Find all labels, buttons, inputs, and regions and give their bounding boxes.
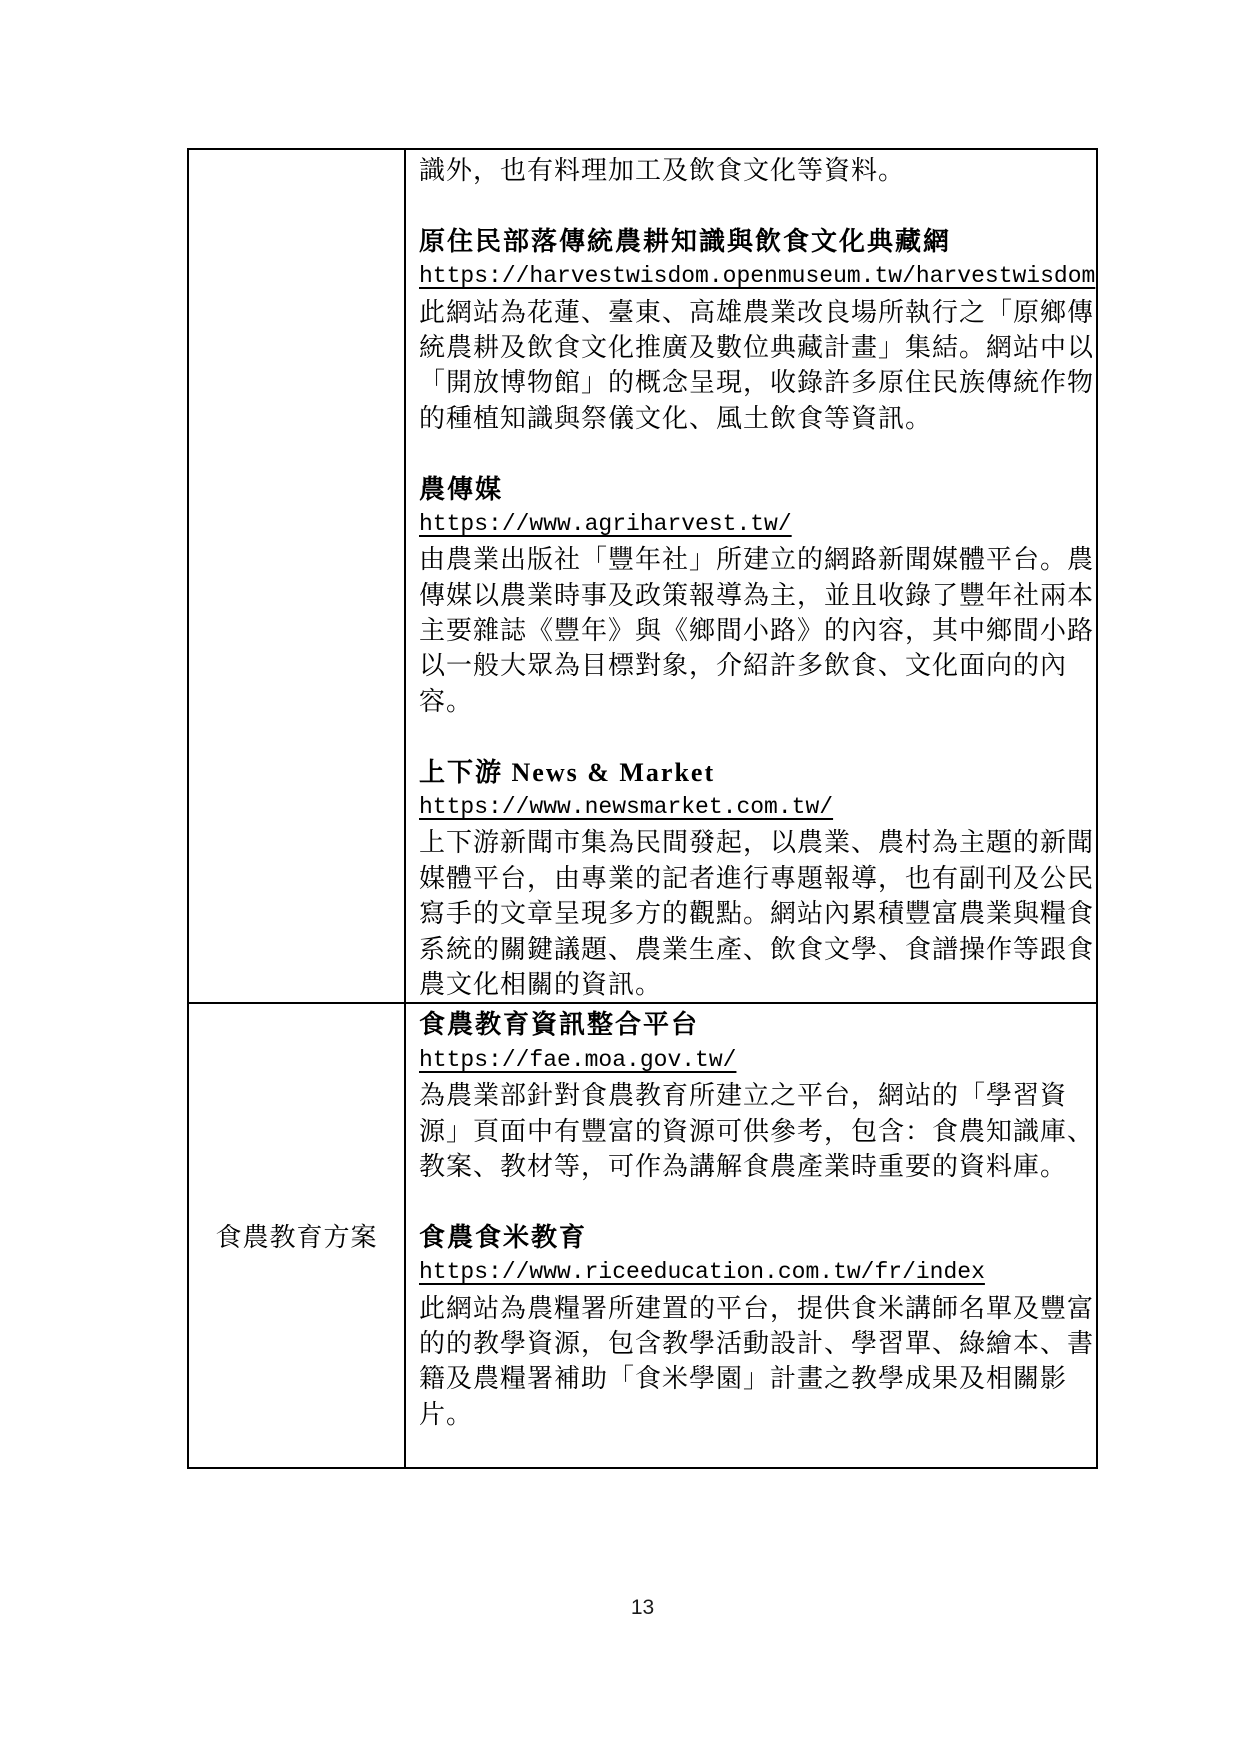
entry-url-link[interactable]: https://fae.moa.gov.tw/: [419, 1043, 1092, 1078]
resource-table: 識外，也有料理加工及飲食文化等資料。原住民部落傳統農耕知識與飲食文化典藏網htt…: [187, 148, 1098, 1469]
entry-heading: 食農食米教育: [419, 1220, 1092, 1255]
content-line: 識外，也有料理加工及飲食文化等資料。: [419, 153, 1092, 188]
content-line: 主要雜誌《豐年》與《鄉間小路》的內容，其中鄉間小路: [419, 613, 1092, 648]
blank-line: [419, 1432, 1092, 1467]
row-content-cell: 識外，也有料理加工及飲食文化等資料。原住民部落傳統農耕知識與飲食文化典藏網htt…: [406, 150, 1096, 1002]
content-line: 片。: [419, 1397, 1092, 1432]
document-page: 識外，也有料理加工及飲食文化等資料。原住民部落傳統農耕知識與飲食文化典藏網htt…: [0, 0, 1241, 1755]
content-line: 為農業部針對食農教育所建立之平台，網站的「學習資: [419, 1078, 1092, 1113]
blank-line: [419, 188, 1092, 223]
content-line: 籍及農糧署補助「食米學園」計畫之教學成果及相關影: [419, 1361, 1092, 1396]
content-line: 此網站為農糧署所建置的平台，提供食米講師名單及豐富: [419, 1291, 1092, 1326]
content-line: 系統的關鍵議題、農業生產、飲食文學、食譜操作等跟食: [419, 932, 1092, 967]
entry-url-link[interactable]: https://www.newsmarket.com.tw/: [419, 790, 1092, 825]
row-label: 食農教育方案: [215, 1217, 377, 1254]
blank-line: [419, 719, 1092, 754]
content-line: 教案、教材等，可作為講解食農產業時重要的資料庫。: [419, 1149, 1092, 1184]
entry-heading: 上下游 News & Market: [419, 755, 1092, 790]
content-line: 農文化相關的資訊。: [419, 967, 1092, 1002]
page-number: 13: [187, 1596, 1098, 1620]
content-line: 的種植知識與祭儀文化、風土飲食等資訊。: [419, 401, 1092, 436]
row-label-cell: [189, 150, 406, 1002]
entry-url-link[interactable]: https://harvestwisdom.openmuseum.tw/harv…: [419, 259, 1092, 294]
table-row: 識外，也有料理加工及飲食文化等資料。原住民部落傳統農耕知識與飲食文化典藏網htt…: [189, 150, 1096, 1002]
row-label-cell: 食農教育方案: [189, 1004, 406, 1467]
content-line: 「開放博物館」的概念呈現，收錄許多原住民族傳統作物: [419, 365, 1092, 400]
content-line: 由農業出版社「豐年社」所建立的網路新聞媒體平台。農: [419, 542, 1092, 577]
blank-line: [419, 436, 1092, 471]
content-line: 上下游新聞市集為民間發起，以農業、農村為主題的新聞: [419, 825, 1092, 860]
content-line: 源」頁面中有豐富的資源可供參考，包含：食農知識庫、: [419, 1114, 1092, 1149]
content-line: 媒體平台，由專業的記者進行專題報導，也有副刊及公民: [419, 861, 1092, 896]
row-content-cell: 食農教育資訊整合平台https://fae.moa.gov.tw/為農業部針對食…: [406, 1004, 1096, 1467]
entry-heading: 農傳媒: [419, 472, 1092, 507]
content-line: 以一般大眾為目標對象，介紹許多飲食、文化面向的內: [419, 648, 1092, 683]
content-line: 容。: [419, 684, 1092, 719]
blank-line: [419, 1184, 1092, 1219]
entry-url-link[interactable]: https://www.riceeducation.com.tw/fr/inde…: [419, 1255, 1092, 1290]
content-line: 的的教學資源，包含教學活動設計、學習單、綠繪本、書: [419, 1326, 1092, 1361]
entry-url-link[interactable]: https://www.agriharvest.tw/: [419, 507, 1092, 542]
table-row: 食農教育方案食農教育資訊整合平台https://fae.moa.gov.tw/為…: [189, 1002, 1096, 1467]
content-line: 統農耕及飲食文化推廣及數位典藏計畫」集結。網站中以: [419, 330, 1092, 365]
entry-heading: 原住民部落傳統農耕知識與飲食文化典藏網: [419, 224, 1092, 259]
content-line: 寫手的文章呈現多方的觀點。網站內累積豐富農業與糧食: [419, 896, 1092, 931]
content-line: 此網站為花蓮、臺東、高雄農業改良場所執行之「原鄉傳: [419, 295, 1092, 330]
content-line: 傳媒以農業時事及政策報導為主，並且收錄了豐年社兩本: [419, 578, 1092, 613]
entry-heading: 食農教育資訊整合平台: [419, 1007, 1092, 1042]
